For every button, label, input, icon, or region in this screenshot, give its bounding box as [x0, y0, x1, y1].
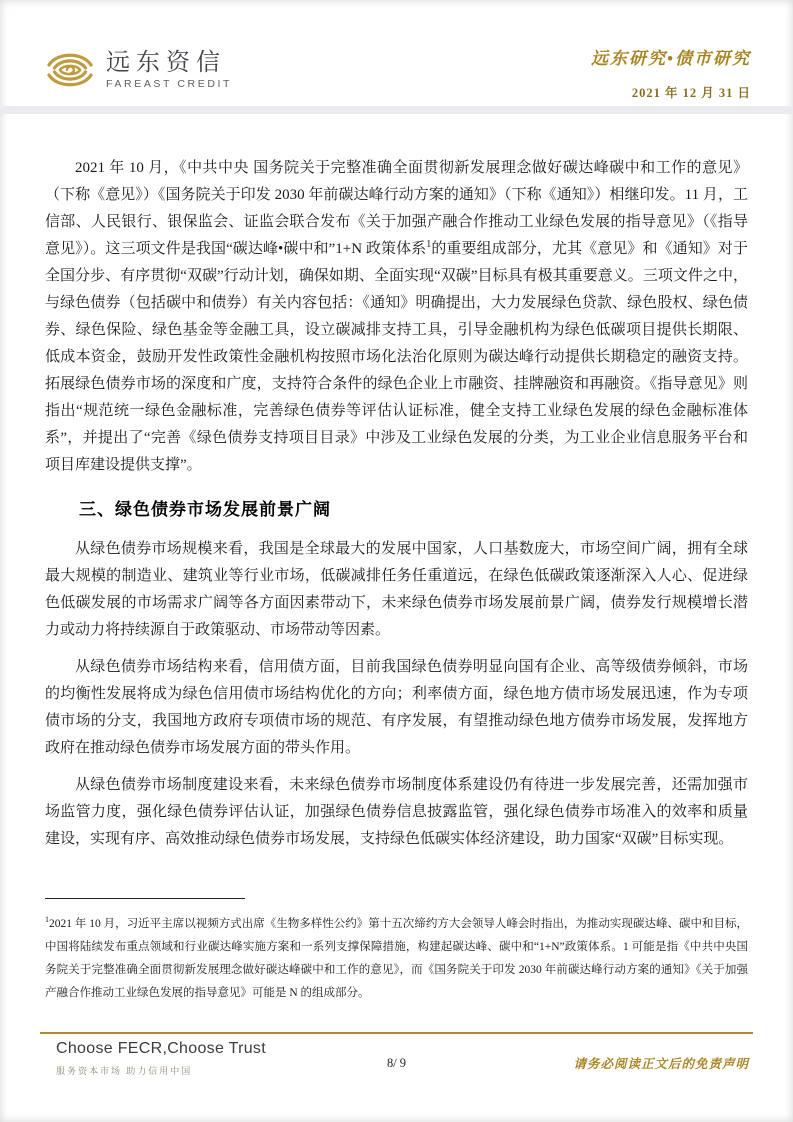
footnote-text: 12021 年 10 月，习近平主席以视频方式出席《生物多样性公约》第十五次缔约… — [45, 913, 748, 1005]
header-right: 远东研究•债市研究 2021 年 12 月 31 日 — [591, 44, 751, 101]
paragraph-policy-overview: 2021 年 10 月，《中共中央 国务院关于完整准确全面贯彻新发展理念做好碳达… — [45, 155, 748, 479]
page-header: 远东资信 FAREAST CREDIT 远东研究•债市研究 2021 年 12 … — [0, 0, 793, 107]
paragraph-market-institution: 从绿色债券市场制度建设来看，未来绿色债券市场制度体系建设仍有待进一步发展完善，还… — [45, 772, 748, 853]
paragraph-market-structure: 从绿色债券市场结构来看，信用债方面，目前我国绿色债券明显向国有企业、高等级债券倾… — [45, 654, 748, 762]
logo-name-zh: 远东资信 — [106, 50, 232, 76]
company-logo: 远东资信 FAREAST CREDIT — [46, 48, 232, 92]
paragraph-text: 的重要组成部分，尤其《意见》和《通知》对于全国分步、有序贯彻“双碳”行动计划，确… — [45, 241, 748, 473]
document-page: 远东资信 FAREAST CREDIT 远东研究•债市研究 2021 年 12 … — [0, 0, 793, 1122]
footnote-block: 12021 年 10 月，习近平主席以视频方式出席《生物多样性公约》第十五次缔约… — [45, 898, 748, 1005]
logo-text: 远东资信 FAREAST CREDIT — [106, 50, 232, 90]
section-heading: 三、绿色债券市场发展前景广阔 — [45, 495, 748, 520]
logo-name-en: FAREAST CREDIT — [106, 78, 232, 90]
report-date: 2021 年 12 月 31 日 — [591, 83, 751, 101]
footer-disclaimer: 请务必阅读正文后的免责声明 — [573, 1054, 749, 1072]
footer-divider — [40, 1032, 753, 1034]
fareast-credit-logo-icon — [46, 48, 94, 92]
page-footer: Choose FECR,Choose Trust 服务资本市场 助力信用中国 8… — [40, 1040, 753, 1090]
report-series-title: 远东研究•债市研究 — [591, 44, 751, 69]
document-body: 2021 年 10 月，《中共中央 国务院关于完整准确全面贯彻新发展理念做好碳达… — [45, 114, 748, 863]
paragraph-market-scale: 从绿色债券市场规模来看，我国是全球最大的发展中国家，人口基数庞大，市场空间广阔，… — [45, 536, 748, 644]
footnote-body: 2021 年 10 月，习近平主席以视频方式出席《生物多样性公约》第十五次缔约方… — [45, 918, 748, 999]
header-divider — [0, 106, 793, 114]
footnote-separator — [45, 898, 245, 899]
